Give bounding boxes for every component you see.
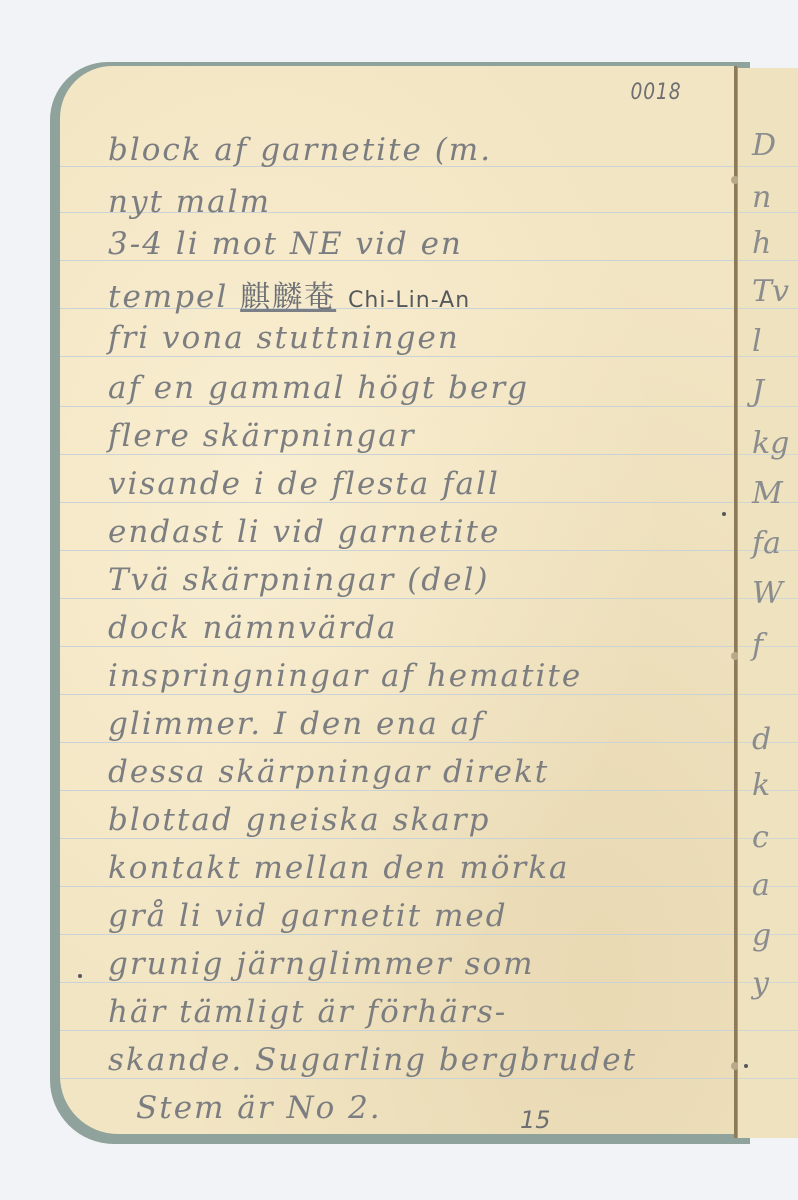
ruled-line (60, 1078, 736, 1079)
handwritten-fragment: l (752, 324, 762, 359)
handwritten-line: flere skärpningar (108, 418, 416, 454)
pencil-dot (722, 512, 726, 516)
ruled-line (60, 790, 736, 791)
handwritten-fragment: n (752, 180, 771, 215)
handwritten-fragment: y (752, 966, 769, 1001)
ruled-line (60, 454, 736, 455)
ruled-line (738, 694, 798, 695)
ruled-line (738, 166, 798, 167)
handwritten-fragment: kg (752, 426, 789, 461)
handwritten-fragment: g (752, 918, 771, 953)
handwritten-word: tempel (108, 279, 228, 315)
handwritten-fragment: J (752, 374, 764, 409)
folio-number: 0018 (631, 80, 682, 105)
ruled-line (738, 1030, 798, 1031)
handwritten-line: endast li vid garnetite (108, 514, 500, 550)
ruled-line (60, 1030, 736, 1031)
left-page: 0018 block af garnetite (m. nyt malm 3-4… (60, 66, 736, 1134)
page-number: 15 (520, 1106, 551, 1134)
handwritten-fragment: fa (752, 526, 781, 561)
notebook: 0018 block af garnetite (m. nyt malm 3-4… (50, 62, 798, 1144)
handwritten-line: skande. Sugarling bergbrudet (108, 1042, 637, 1078)
ruled-line (60, 694, 736, 695)
handwritten-line: fri vona stuttningen (108, 320, 460, 356)
handwritten-line: Stem är No 2. (136, 1090, 382, 1126)
handwritten-line: Tvä skärpningar (del) (108, 562, 490, 598)
notebook-spine (734, 66, 737, 1138)
ruled-line (738, 646, 798, 647)
romanized-name: Chi-Lin-An (348, 288, 470, 313)
handwritten-line: dock nämnvärda (108, 610, 397, 646)
handwritten-line: grunig järnglimmer som (108, 946, 535, 982)
handwritten-fragment: k (752, 768, 770, 803)
handwritten-line: blottad gneiska skarp (108, 802, 490, 838)
ruled-line (60, 838, 736, 839)
handwritten-line: nyt malm (108, 184, 271, 220)
ruled-line (60, 356, 736, 357)
handwritten-fragment: Tv (752, 274, 789, 309)
handwritten-fragment: f (752, 628, 763, 663)
chinese-characters: 麒麟菴 (240, 280, 336, 315)
handwritten-line: inspringningar af hematite (108, 658, 582, 694)
handwritten-line: glimmer. I den ena af (108, 706, 485, 742)
handwritten-line: af en gammal högt berg (108, 370, 529, 406)
handwritten-fragment: D (752, 128, 776, 163)
ruled-line (60, 550, 736, 551)
ruled-line (738, 406, 798, 407)
handwritten-line: block af garnetite (m. (108, 132, 492, 168)
right-page: D n h Tv l J kg M fa W f d k c a g y (738, 68, 798, 1138)
handwritten-line: här tämligt är förhärs- (108, 994, 507, 1030)
handwritten-line-with-chinese: tempel 麒麟菴 Chi-Lin-An (108, 272, 470, 316)
pencil-dot (744, 1064, 748, 1068)
handwritten-line: 3-4 li mot NE vid en (108, 226, 463, 262)
ruled-line (60, 502, 736, 503)
ruled-line (60, 742, 736, 743)
pencil-dot (78, 974, 82, 978)
handwritten-line: visande i de flesta fall (108, 466, 500, 502)
ruled-line (60, 982, 736, 983)
ruled-line (60, 886, 736, 887)
ruled-line (738, 1078, 798, 1079)
handwritten-fragment: a (752, 868, 770, 903)
handwritten-fragment: W (752, 576, 783, 611)
handwritten-fragment: c (752, 820, 769, 855)
ruled-line (60, 598, 736, 599)
handwritten-fragment: M (752, 476, 783, 511)
ruled-line (60, 406, 736, 407)
handwritten-line: kontakt mellan den mörka (108, 850, 569, 886)
ruled-line (738, 356, 798, 357)
handwritten-line: dessa skärpningar direkt (108, 754, 549, 790)
ruled-line (60, 934, 736, 935)
handwritten-fragment: d (752, 722, 771, 757)
ruled-line (60, 646, 736, 647)
handwritten-fragment: h (752, 226, 771, 261)
handwritten-line: grå li vid garnetit med (108, 898, 508, 934)
